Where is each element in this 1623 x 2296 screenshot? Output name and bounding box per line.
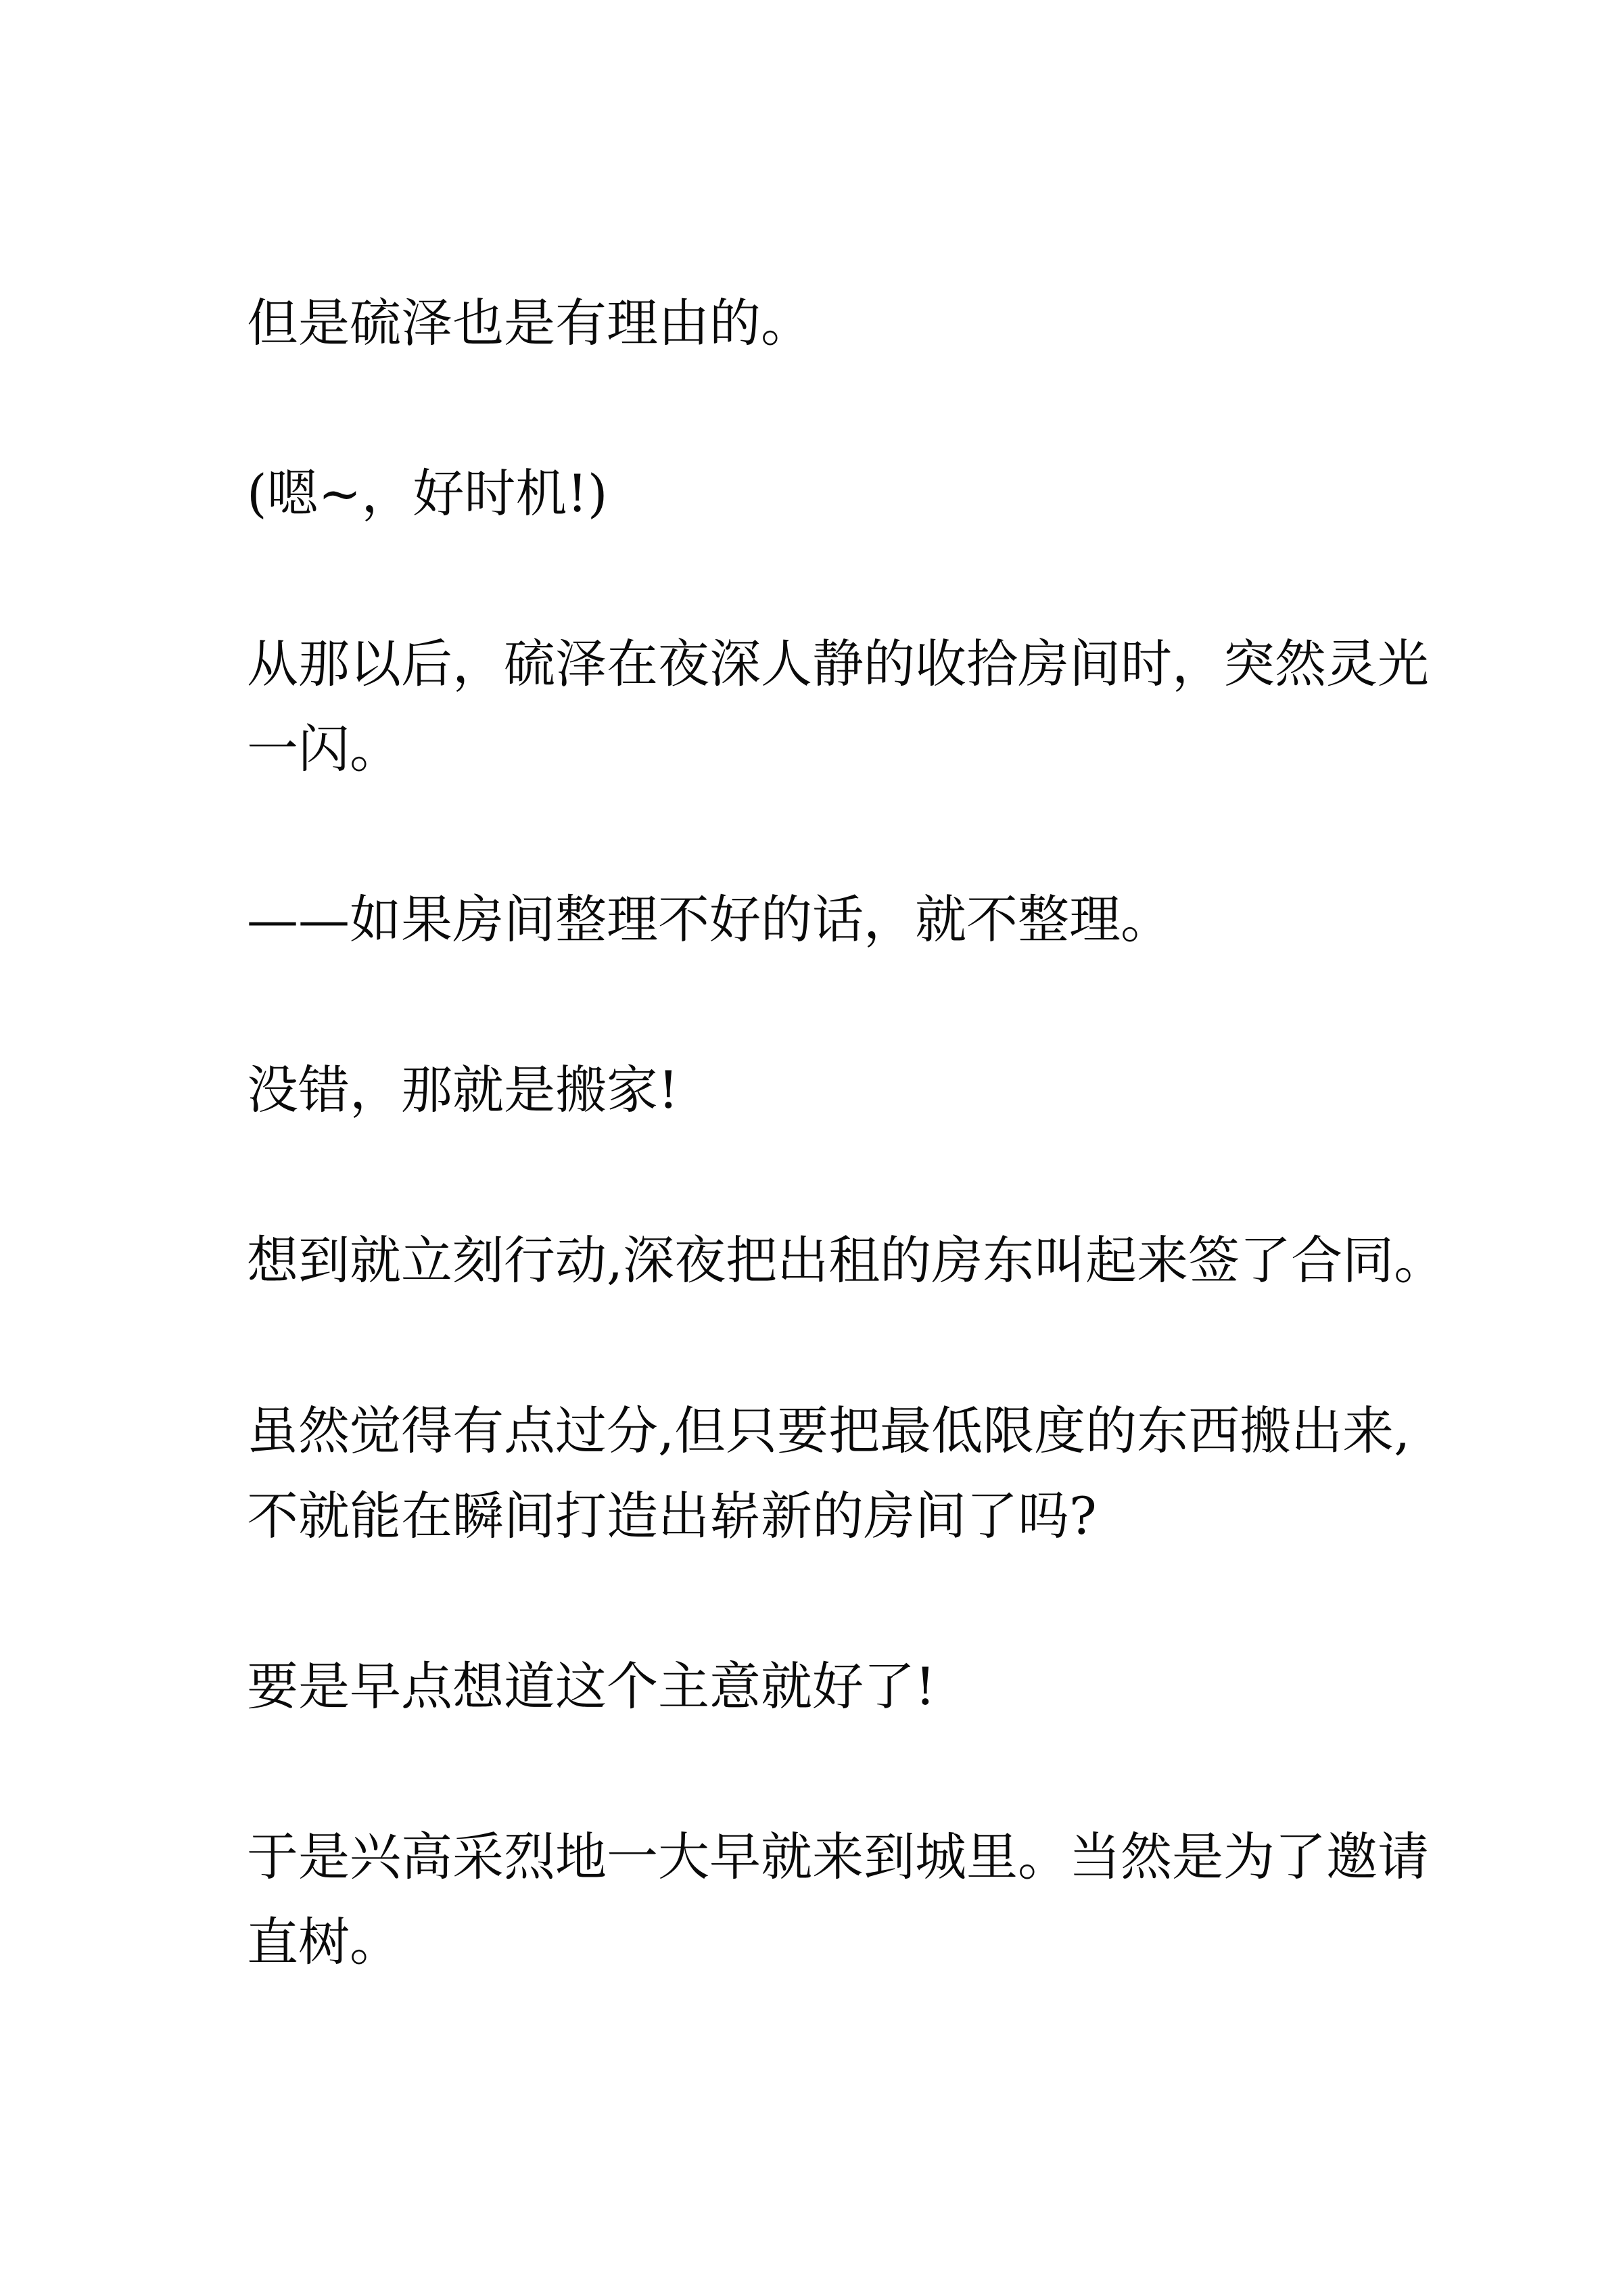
text-line: 想到就立刻行动,深夜把出租的房东叫起来签了合同。 [247,1218,1396,1303]
text-line: 从那以后，硫泽在夜深人静的收拾房间时，突然灵光 [247,622,1396,707]
text-body: 但是硫泽也是有理由的。 (嗯~，好时机!) 从那以后，硫泽在夜深人静的收拾房间时… [247,281,1396,1985]
paragraph-6: 想到就立刻行动,深夜把出租的房东叫起来签了合同。 [247,1218,1396,1303]
text-line: 没错，那就是搬家! [247,1048,1396,1133]
paragraph-5: 没错，那就是搬家! [247,1048,1396,1133]
text-line: 一闪。 [247,707,1396,792]
text-line: 于是兴高采烈地一大早就来到城里。当然是为了邀请 [247,1814,1396,1900]
paragraph-4: ——如果房间整理不好的话，就不整理。 [247,877,1396,962]
text-line: 虽然觉得有点过分,但只要把最低限度的东西搬出来, [247,1388,1396,1474]
paragraph-1: 但是硫泽也是有理由的。 [247,281,1396,366]
paragraph-8: 要是早点想道这个主意就好了! [247,1644,1396,1729]
text-line: ——如果房间整理不好的话，就不整理。 [247,877,1396,962]
paragraph-2: (嗯~，好时机!) [247,451,1396,536]
paragraph-9: 于是兴高采烈地一大早就来到城里。当然是为了邀请 直树。 [247,1814,1396,1985]
document-page: 但是硫泽也是有理由的。 (嗯~，好时机!) 从那以后，硫泽在夜深人静的收拾房间时… [0,0,1623,2296]
paragraph-3: 从那以后，硫泽在夜深人静的收拾房间时，突然灵光 一闪。 [247,622,1396,792]
text-line: 要是早点想道这个主意就好了! [247,1644,1396,1729]
text-line: (嗯~，好时机!) [247,451,1396,536]
text-line: 不就能在瞬间打造出崭新的房间了吗? [247,1474,1396,1559]
paragraph-7: 虽然觉得有点过分,但只要把最低限度的东西搬出来, 不就能在瞬间打造出崭新的房间了… [247,1388,1396,1559]
text-line: 但是硫泽也是有理由的。 [247,281,1396,366]
text-line: 直树。 [247,1900,1396,1985]
